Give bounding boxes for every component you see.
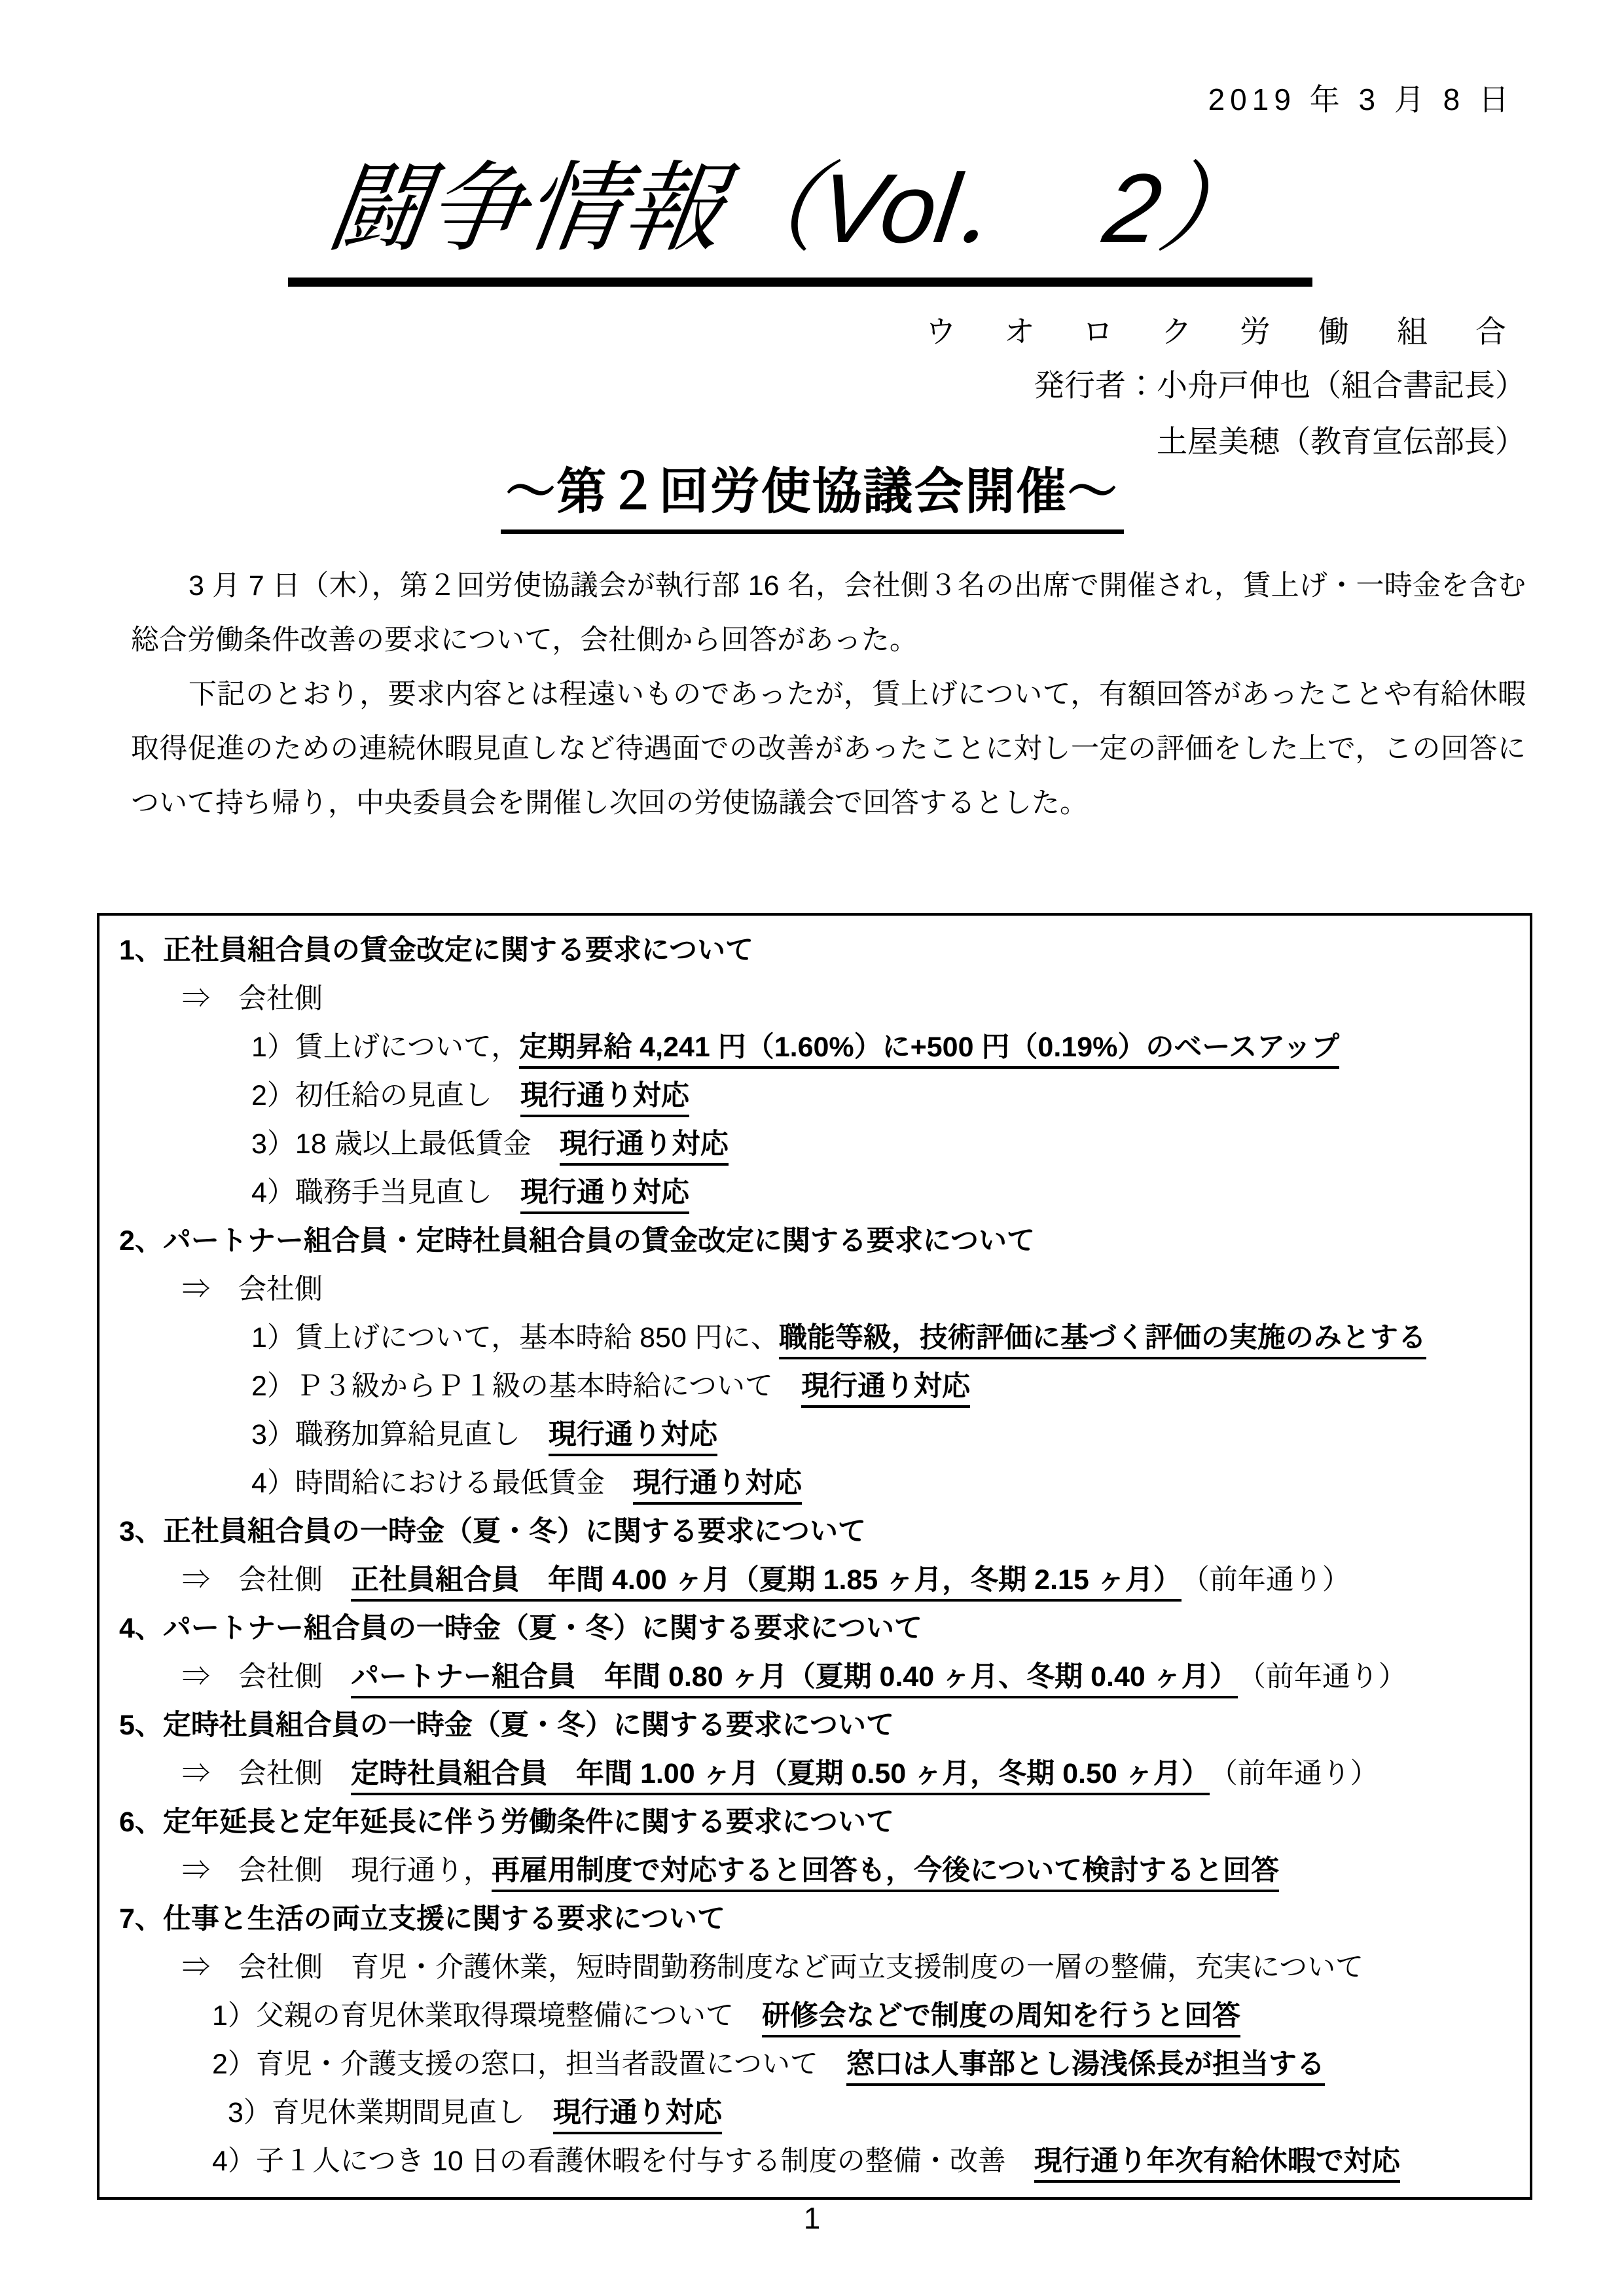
company-response: 現行通り対応 bbox=[560, 1128, 729, 1166]
section-2-item-3: 3）職務加算給見直し 現行通り対応 bbox=[109, 1410, 1518, 1459]
intro-paragraphs: 3 月 7 日（木），第２回労使協議会が執行部 16 名，会社側３名の出席で開催… bbox=[131, 559, 1526, 831]
company-response: 現行通り対応 bbox=[520, 1176, 689, 1214]
page-number: 1 bbox=[0, 2200, 1624, 2236]
section-title-text: 3、正社員組合員の一時金（夏・冬）に関する要求について bbox=[119, 1516, 866, 1547]
union-name: ウ オ ロ ク 労 働 組 合 bbox=[926, 308, 1526, 351]
arrow-company-label: ⇒ 会社側 bbox=[182, 1758, 351, 1789]
section-7-company-line: ⇒ 会社側 育児・介護休業，短時間勤務制度など両立支援制度の一層の整備，充実につ… bbox=[109, 1943, 1518, 1992]
item-text: 2）初任給の見直し bbox=[251, 1080, 520, 1111]
item-text: 2）育児・介護支援の窓口，担当者設置について bbox=[212, 2049, 846, 2080]
section-5-company-line: ⇒ 会社側 定時社員組合員 年間 1.00 ヶ月（夏期 0.50 ヶ月，冬期 0… bbox=[109, 1749, 1518, 1798]
item-text: 4）時間給における最低賃金 bbox=[251, 1467, 633, 1499]
company-response: 現行通り対応 bbox=[633, 1467, 802, 1505]
section-title-text: 4、パートナー組合員の一時金（夏・冬）に関する要求について bbox=[119, 1613, 922, 1644]
section-1-item-4: 4）職務手当見直し 現行通り対応 bbox=[109, 1168, 1518, 1217]
arrow-company-label: ⇒ 会社側 現行通り， bbox=[182, 1855, 492, 1886]
section-1-company-line: ⇒ 会社側 bbox=[109, 975, 1518, 1023]
section-7-title: 7、仕事と生活の両立支援に関する要求について bbox=[109, 1895, 1518, 1943]
section-7-item-4: 4）子１人につき 10 日の看護休暇を付与する制度の整備・改善 現行通り年次有給… bbox=[109, 2137, 1518, 2185]
section-2-company-line: ⇒ 会社側 bbox=[109, 1265, 1518, 1314]
section-2-title: 2、パートナー組合員・定時社員組合員の賃金改定に関する要求について bbox=[109, 1217, 1518, 1265]
section-1-item-1: 1）賃上げについて，定期昇給 4,241 円（1.60%）に+500 円（0.1… bbox=[109, 1023, 1518, 1071]
item-text: 4）子１人につき 10 日の看護休暇を付与する制度の整備・改善 bbox=[212, 2145, 1034, 2177]
company-response: 現行通り対応 bbox=[553, 2096, 722, 2134]
response-note: （前年通り） bbox=[1182, 1564, 1350, 1596]
section-7-item-3: 3）育児休業期間見直し 現行通り対応 bbox=[109, 2089, 1518, 2137]
item-text: 4）職務手当見直し bbox=[251, 1177, 520, 1208]
company-response: 窓口は人事部とし湯浅係長が担当する bbox=[846, 2048, 1325, 2086]
intro-paragraph-1: 3 月 7 日（木），第２回労使協議会が執行部 16 名，会社側３名の出席で開催… bbox=[131, 559, 1526, 668]
section-1-item-3: 3）18 歳以上最低賃金 現行通り対応 bbox=[109, 1120, 1518, 1168]
section-1-title: 1、正社員組合員の賃金改定に関する要求について bbox=[109, 926, 1518, 975]
section-3-title: 3、正社員組合員の一時金（夏・冬）に関する要求について bbox=[109, 1507, 1518, 1556]
company-response: 職能等級，技術評価に基づく評価の実施のみとする bbox=[779, 1321, 1426, 1359]
company-response: 現行通り対応 bbox=[520, 1079, 689, 1117]
section-6-title: 6、定年延長と定年延長に伴う労働条件に関する要求について bbox=[109, 1798, 1518, 1846]
response-note: （前年通り） bbox=[1238, 1661, 1407, 1693]
arrow-company-label: ⇒ 会社側 育児・介護休業，短時間勤務制度など両立支援制度の一層の整備，充実につ… bbox=[182, 1952, 1363, 1983]
newsletter-title-underline: 闘争情報（Vol． 2） bbox=[288, 149, 1312, 287]
company-response: 定時社員組合員 年間 1.00 ヶ月（夏期 0.50 ヶ月，冬期 0.50 ヶ月… bbox=[351, 1757, 1210, 1795]
company-response: 定期昇給 4,241 円（1.60%）に+500 円（0.19%）のベースアップ bbox=[519, 1031, 1339, 1069]
section-7-item-1: 1）父親の育児休業取得環境整備について 研修会などで制度の周知を行うと回答 bbox=[109, 1992, 1518, 2040]
demands-summary-box: 1、正社員組合員の賃金改定に関する要求について ⇒ 会社側 1）賃上げについて，… bbox=[97, 913, 1532, 2200]
section-5-title: 5、定時社員組合員の一時金（夏・冬）に関する要求について bbox=[109, 1701, 1518, 1749]
item-text: 2）Ｐ３級からＰ１級の基本時給について bbox=[251, 1371, 801, 1402]
arrow-company-label: ⇒ 会社側 bbox=[182, 1564, 351, 1596]
section-title-text: 1、正社員組合員の賃金改定に関する要求について bbox=[119, 935, 753, 966]
main-headline-row: ～第２回労使協議会開催～ bbox=[0, 452, 1624, 534]
section-2-item-4: 4）時間給における最低賃金 現行通り対応 bbox=[109, 1459, 1518, 1507]
newsletter-title: 闘争情報（Vol． 2） bbox=[321, 149, 1267, 267]
arrow-company-label: ⇒ 会社側 bbox=[182, 983, 323, 1014]
company-response: 現行通り対応 bbox=[801, 1370, 970, 1408]
section-6-company-line: ⇒ 会社側 現行通り，再雇用制度で対応すると回答も，今後について検討すると回答 bbox=[109, 1846, 1518, 1895]
item-text: 1）父親の育児休業取得環境整備について bbox=[212, 2000, 762, 2032]
section-3-company-line: ⇒ 会社側 正社員組合員 年間 4.00 ヶ月（夏期 1.85 ヶ月，冬期 2.… bbox=[109, 1556, 1518, 1604]
section-title-text: 5、定時社員組合員の一時金（夏・冬）に関する要求について bbox=[119, 1710, 894, 1741]
section-title-text: 7、仕事と生活の両立支援に関する要求について bbox=[119, 1903, 725, 1935]
newsletter-page: 2019 年 3 月 8 日 闘争情報（Vol． 2） ウ オ ロ ク 労 働 … bbox=[0, 0, 1624, 2296]
section-2-item-2: 2）Ｐ３級からＰ１級の基本時給について 現行通り対応 bbox=[109, 1362, 1518, 1410]
item-text: 3）育児休業期間見直し bbox=[228, 2097, 553, 2128]
section-7-item-2: 2）育児・介護支援の窓口，担当者設置について 窓口は人事部とし湯浅係長が担当する bbox=[109, 2040, 1518, 2089]
item-text: 3）18 歳以上最低賃金 bbox=[251, 1128, 560, 1160]
intro-paragraph-2: 下記のとおり，要求内容とは程遠いものであったが，賃上げについて，有額回答があった… bbox=[131, 668, 1526, 831]
section-title-text: 2、パートナー組合員・定時社員組合員の賃金改定に関する要求について bbox=[119, 1225, 1035, 1257]
company-response: 研修会などで制度の周知を行うと回答 bbox=[762, 2000, 1240, 2037]
issue-date: 2019 年 3 月 8 日 bbox=[1208, 76, 1514, 119]
item-text: 1）賃上げについて，基本時給 850 円に、 bbox=[251, 1322, 779, 1354]
section-2-item-1: 1）賃上げについて，基本時給 850 円に、職能等級，技術評価に基づく評価の実施… bbox=[109, 1314, 1518, 1362]
item-text: 3）職務加算給見直し bbox=[251, 1419, 549, 1450]
arrow-company-label: ⇒ 会社側 bbox=[182, 1661, 351, 1693]
section-title-text: 6、定年延長と定年延長に伴う労働条件に関する要求について bbox=[119, 1806, 894, 1838]
section-4-company-line: ⇒ 会社側 パートナー組合員 年間 0.80 ヶ月（夏期 0.40 ヶ月、冬期 … bbox=[109, 1653, 1518, 1701]
arrow-company-label: ⇒ 会社側 bbox=[182, 1274, 323, 1305]
section-4-title: 4、パートナー組合員の一時金（夏・冬）に関する要求について bbox=[109, 1604, 1518, 1653]
company-response: 現行通り年次有給休暇で対応 bbox=[1034, 2145, 1400, 2183]
response-note: （前年通り） bbox=[1210, 1758, 1379, 1789]
company-response: 現行通り対応 bbox=[549, 1418, 717, 1456]
company-response: パートナー組合員 年間 0.80 ヶ月（夏期 0.40 ヶ月、冬期 0.40 ヶ… bbox=[351, 1660, 1238, 1698]
item-text: 1）賃上げについて， bbox=[251, 1031, 519, 1063]
publisher-line-1: 発行者：小舟戸伸也（組合書記長） bbox=[1034, 361, 1526, 405]
company-response: 正社員組合員 年間 4.00 ヶ月（夏期 1.85 ヶ月，冬期 2.15 ヶ月） bbox=[351, 1564, 1182, 1602]
main-headline: ～第２回労使協議会開催～ bbox=[501, 452, 1124, 534]
section-1-item-2: 2）初任給の見直し 現行通り対応 bbox=[109, 1071, 1518, 1120]
company-response: 再雇用制度で対応すると回答も，今後について検討すると回答 bbox=[492, 1854, 1279, 1892]
